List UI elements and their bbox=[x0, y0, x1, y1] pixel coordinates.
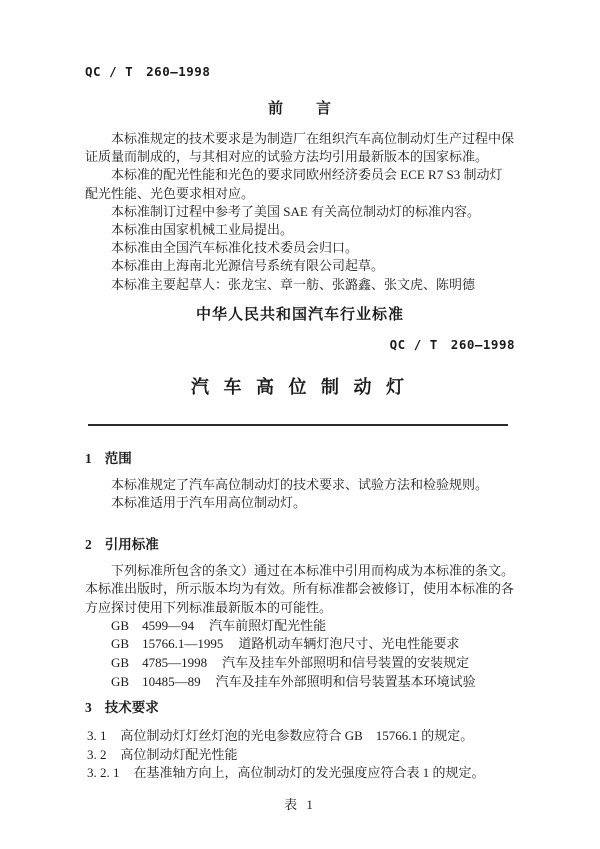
section-title: 引用标准 bbox=[105, 537, 159, 552]
section-number: 1 bbox=[85, 451, 92, 466]
standard-code: QC / T 260—1998 bbox=[85, 335, 515, 353]
ref-std: GB bbox=[111, 674, 129, 689]
paragraph: 本标准规定了汽车高位制动灯的技术要求、试验方法和检验规则。 bbox=[85, 476, 515, 494]
requirement-item: 3. 2. 1在基准轴方向上，高位制动灯的发光强度应符合表 1 的规定。 bbox=[85, 764, 515, 783]
ref-title: 道路机动车辆灯泡尺寸、光电性能要求 bbox=[238, 636, 459, 651]
ref-title: 汽车及挂车外部照明和信号装置基本环境试验 bbox=[216, 674, 476, 689]
foreword-paragraph: 本标准的配光性能和光色的要求同欧州经济委员会 ECE R7 S3 制动灯配光性能… bbox=[85, 166, 515, 202]
section-title: 技术要求 bbox=[105, 700, 159, 715]
clause-text: 高位制动灯灯丝灯泡的光电参数应符合 GB 15766.1 的规定。 bbox=[121, 728, 474, 743]
requirement-item: 3. 1高位制动灯灯丝灯泡的光电参数应符合 GB 15766.1 的规定。 bbox=[85, 727, 515, 746]
paragraph: 下列标准所包含的条文）通过在本标准中引用而构成为本标准的条文。本标准出版时，所示… bbox=[85, 562, 515, 617]
clause-text: 高位制动灯配光性能 bbox=[121, 747, 238, 762]
foreword-paragraph: 本标准主要起草人：张龙宝、章一舫、张潞鑫、张文虎、陈明德 bbox=[85, 276, 515, 294]
foreword-paragraph: 本标准制订过程中参考了美国 SAE 有关高位制动灯的标准内容。 bbox=[85, 203, 515, 221]
references-body: 下列标准所包含的条文）通过在本标准中引用而构成为本标准的条文。本标准出版时，所示… bbox=[85, 562, 515, 617]
reference-item: GB4785—1998汽车及挂车外部照明和信号装置的安装规定 bbox=[85, 654, 515, 673]
ref-std: GB bbox=[111, 655, 129, 670]
ref-number: 4599—94 bbox=[142, 618, 194, 633]
foreword-title: 前 言 bbox=[85, 97, 515, 118]
foreword-paragraph: 本标准由上海南北光源信号系统有限公司起草。 bbox=[85, 257, 515, 275]
foreword-paragraph: 本标准由全国汽车标准化技术委员会归口。 bbox=[85, 239, 515, 257]
paragraph: 本标准适用于汽车用高位制动灯。 bbox=[85, 494, 515, 512]
reference-item: GB15766.1—1995道路机动车辆灯泡尺寸、光电性能要求 bbox=[85, 635, 515, 654]
section-title: 范围 bbox=[105, 451, 132, 466]
foreword-paragraph: 本标准由国家机械工业局提出。 bbox=[85, 221, 515, 239]
standard-org-title: 中华人民共和国汽车行业标准 bbox=[85, 303, 515, 324]
ref-std: GB bbox=[111, 618, 129, 633]
clause-text: 在基准轴方向上，高位制动灯的发光强度应符合表 1 的规定。 bbox=[134, 765, 485, 780]
reference-item: GB10485—89汽车及挂车外部照明和信号装置基本环境试验 bbox=[85, 673, 515, 692]
scope-body: 本标准规定了汽车高位制动灯的技术要求、试验方法和检验规则。 本标准适用于汽车用高… bbox=[85, 476, 515, 512]
foreword-body: 本标准规定的技术要求是为制造厂在组织汽车高位制动灯生产过程中保证质量而制成的，与… bbox=[85, 130, 515, 294]
section-number: 3 bbox=[85, 700, 92, 715]
ref-std: GB bbox=[111, 636, 129, 651]
document-code-header: QC / T 260—1998 bbox=[85, 62, 515, 80]
ref-number: 10485—89 bbox=[142, 674, 201, 689]
divider-rule bbox=[88, 424, 508, 426]
section-heading-references: 2引用标准 bbox=[85, 533, 515, 553]
document-page: QC / T 260—1998 前 言 本标准规定的技术要求是为制造厂在组织汽车… bbox=[0, 0, 600, 849]
ref-title: 汽车及挂车外部照明和信号装置的安装规定 bbox=[222, 655, 469, 670]
requirements-body: 3. 1高位制动灯灯丝灯泡的光电参数应符合 GB 15766.1 的规定。 3.… bbox=[85, 727, 515, 783]
table-caption: 表 1 bbox=[85, 794, 515, 813]
clause-number: 3. 2. 1 bbox=[87, 765, 120, 780]
clause-number: 3. 2 bbox=[87, 747, 107, 762]
ref-title: 汽车前照灯配光性能 bbox=[209, 618, 326, 633]
section-heading-scope: 1范围 bbox=[85, 447, 515, 467]
foreword-paragraph: 本标准规定的技术要求是为制造厂在组织汽车高位制动灯生产过程中保证质量而制成的，与… bbox=[85, 130, 515, 166]
reference-item: GB4599—94汽车前照灯配光性能 bbox=[85, 617, 515, 636]
ref-number: 4785—1998 bbox=[142, 655, 207, 670]
clause-number: 3. 1 bbox=[87, 728, 107, 743]
ref-number: 15766.1—1995 bbox=[142, 636, 223, 651]
section-number: 2 bbox=[85, 537, 92, 552]
requirement-item: 3. 2高位制动灯配光性能 bbox=[85, 746, 515, 765]
reference-list: GB4599—94汽车前照灯配光性能 GB15766.1—1995道路机动车辆灯… bbox=[85, 617, 515, 691]
standard-title: 汽 车 高 位 制 动 灯 bbox=[85, 373, 515, 399]
section-heading-requirements: 3技术要求 bbox=[85, 696, 515, 716]
page-content: QC / T 260—1998 前 言 本标准规定的技术要求是为制造厂在组织汽车… bbox=[85, 62, 515, 813]
